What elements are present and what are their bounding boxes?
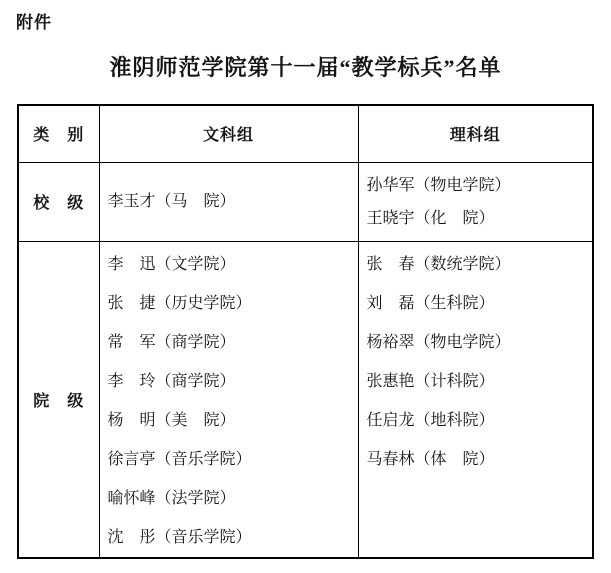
awardee-name: 张惠艳（计科院）: [367, 362, 589, 401]
cell-college-science: 张 春（数统学院） 刘 磊（生科院） 杨裕翠（物电学院） 张惠艳（计科院） 任启…: [358, 241, 593, 558]
awardee-name: 李玉才（马 院）: [108, 185, 354, 218]
page-title: 淮阴师范学院第十一届“教学标兵”名单: [0, 51, 611, 82]
awardee-name: 常 军（商学院）: [108, 323, 354, 362]
awardee-name: 马春林（体 院）: [367, 440, 589, 479]
column-header-liberal-arts: 文科组: [99, 105, 358, 162]
cell-college-liberal-arts: 李 迅（文学院） 张 捷（历史学院） 常 军（商学院） 李 玲（商学院） 杨 明…: [99, 241, 358, 558]
row-label-college-level: 院 级: [18, 241, 99, 558]
awardee-name: 张 春（数统学院）: [367, 245, 589, 284]
table-row-college-level: 院 级 李 迅（文学院） 张 捷（历史学院） 常 军（商学院） 李 玲（商学院）…: [18, 241, 593, 558]
awardee-name: 张 捷（历史学院）: [108, 284, 354, 323]
awardee-name: 李 玲（商学院）: [108, 362, 354, 401]
awardee-name: 李 迅（文学院）: [108, 245, 354, 284]
awardee-name: 沈 彤（音乐学院）: [108, 518, 354, 557]
table-header-row: 类 别 文科组 理科组: [18, 105, 593, 162]
awardee-name: 任启龙（地科院）: [367, 401, 589, 440]
awardee-name: 杨 明（美 院）: [108, 401, 354, 440]
awardee-name: 喻怀峰（法学院）: [108, 479, 354, 518]
awardee-name: 孙华军（物电学院）: [367, 169, 589, 202]
cell-school-science: 孙华军（物电学院） 王晓宇（化 院）: [358, 162, 593, 241]
row-label-school-level: 校 级: [18, 162, 99, 241]
awardee-name: 王晓宇（化 院）: [367, 202, 589, 235]
table-row-school-level: 校 级 李玉才（马 院） 孙华军（物电学院） 王晓宇（化 院）: [18, 162, 593, 241]
column-header-science: 理科组: [358, 105, 593, 162]
awardee-name: 徐言亭（音乐学院）: [108, 440, 354, 479]
cell-school-liberal-arts: 李玉才（马 院）: [99, 162, 358, 241]
awardee-name: 刘 磊（生科院）: [367, 284, 589, 323]
column-header-category: 类 别: [18, 105, 99, 162]
attachment-label: 附件: [16, 8, 52, 33]
awards-table: 类 别 文科组 理科组 校 级 李玉才（马 院） 孙华军（物电学院） 王晓宇（化…: [17, 104, 594, 559]
awardee-name: 杨裕翠（物电学院）: [367, 323, 589, 362]
